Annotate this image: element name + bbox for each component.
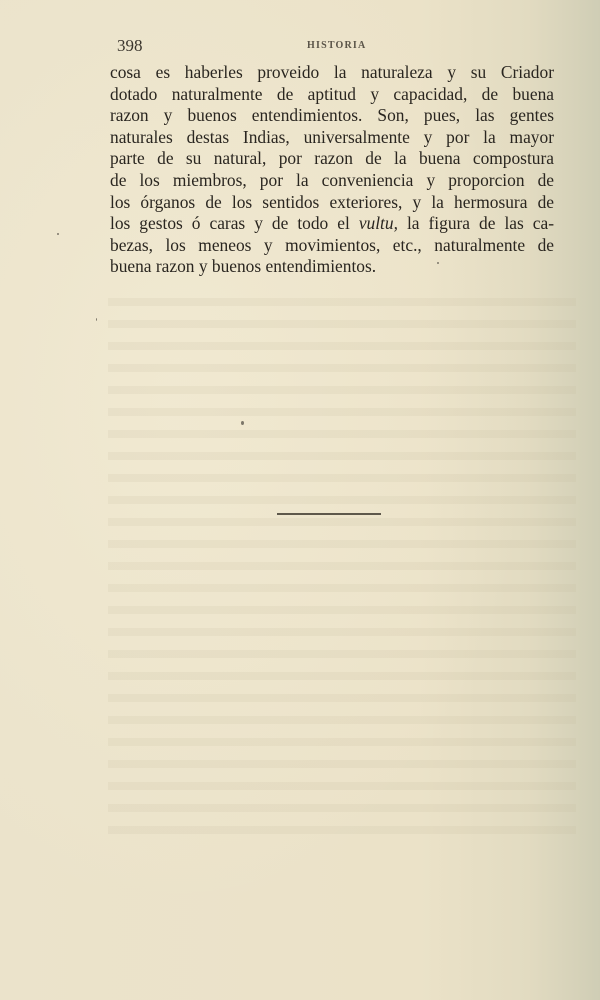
paper-speck xyxy=(241,421,244,425)
text-line: los órganos de los sentidos exteriores, … xyxy=(110,192,554,214)
text-line: dotado naturalmente de aptitud y capacid… xyxy=(110,84,554,106)
text-line: bezas, los meneos y movimientos, etc., n… xyxy=(110,235,554,257)
body-paragraph: cosa es haberles proveido la naturaleza … xyxy=(110,62,554,278)
text-line: de los miembros, por la conveniencia y p… xyxy=(110,170,554,192)
text-line: cosa es haberles proveido la naturaleza … xyxy=(110,62,554,84)
text-line: los gestos ó caras y de todo el vultu, l… xyxy=(110,213,554,235)
running-head: HISTORIA xyxy=(307,40,366,51)
paper-speck xyxy=(57,233,59,235)
page-number: 398 xyxy=(117,36,143,56)
scanned-page: 398 HISTORIA cosa es haberles proveido l… xyxy=(0,0,600,1000)
text-line-last: buena razon y buenos entendimientos. xyxy=(110,256,554,278)
section-end-rule xyxy=(277,513,381,515)
text-segment: la figura de las ca- xyxy=(398,213,554,233)
paper-speck xyxy=(437,262,439,264)
text-line: parte de su natural, por razon de la bue… xyxy=(110,148,554,170)
text-line: naturales destas Indias, universalmente … xyxy=(110,127,554,149)
paper-speck xyxy=(96,318,97,321)
bleed-through-text xyxy=(108,290,576,845)
text-segment: los gestos ó caras y de todo el xyxy=(110,213,359,233)
page-header: 398 HISTORIA xyxy=(117,36,553,56)
italic-word: vultu, xyxy=(359,213,398,233)
text-line: razon y buenos entendimientos. Son, pues… xyxy=(110,105,554,127)
